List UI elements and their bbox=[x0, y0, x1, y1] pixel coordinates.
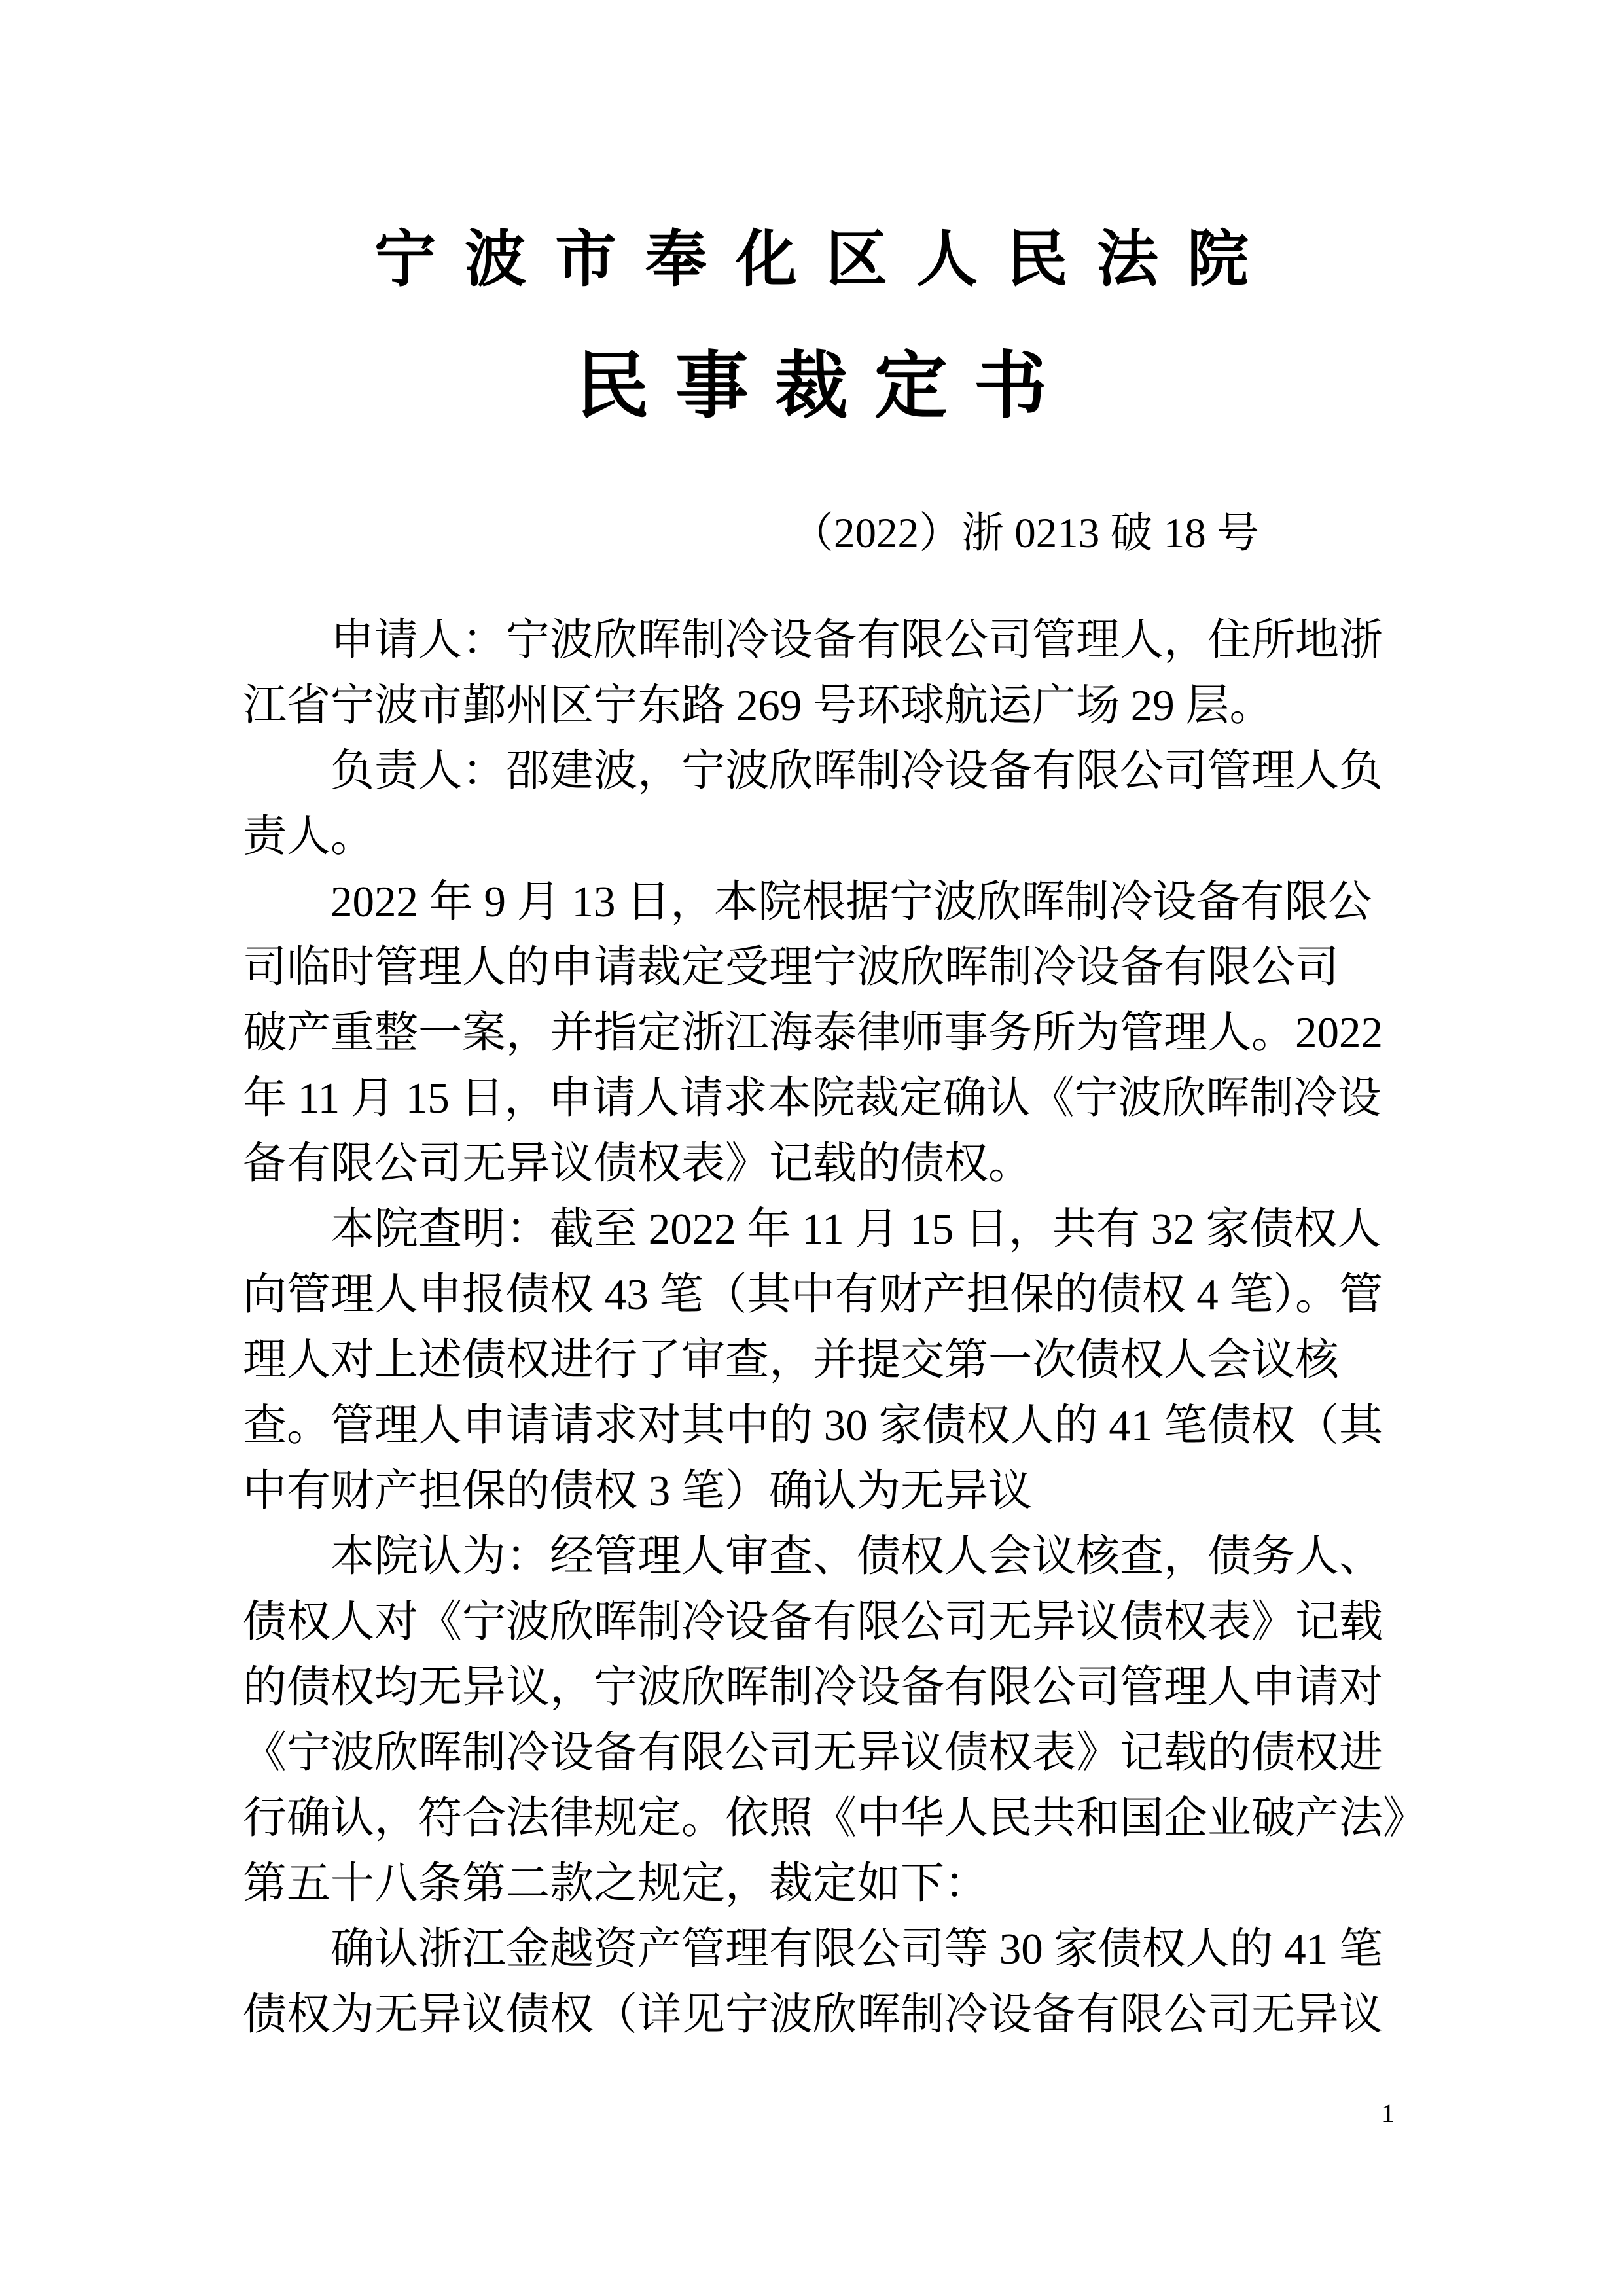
body-line: 理人对上述债权进行了审查，并提交第一次债权人会议核 bbox=[243, 1327, 1395, 1393]
page-number: 1 bbox=[243, 2098, 1395, 2129]
body-line: 行确认，符合法律规定。依照《中华人民共和国企业破产法》 bbox=[243, 1785, 1395, 1851]
court-ruling-page: 宁波市奉化区人民法院 民事裁定书 （2022）浙 0213 破 18 号 申请人… bbox=[0, 0, 1623, 2296]
document-type-text: 民事裁定书 bbox=[576, 346, 1073, 427]
body-line: 本院查明：截至 2022 年 11 月 15 日，共有 32 家债权人 bbox=[243, 1196, 1395, 1262]
body-line: 确认浙江金越资产管理有限公司等 30 家债权人的 41 笔 bbox=[243, 1916, 1395, 1982]
body-line: 债权为无异议债权（详见宁波欣晖制冷设备有限公司无异议 bbox=[243, 1982, 1395, 2047]
body-line: 债权人对《宁波欣晖制冷设备有限公司无异议债权表》记载 bbox=[243, 1589, 1395, 1655]
body-line: 司临时管理人的申请裁定受理宁波欣晖制冷设备有限公司 bbox=[243, 935, 1395, 1000]
body-line: 《宁波欣晖制冷设备有限公司无异议债权表》记载的债权进 bbox=[243, 1720, 1395, 1785]
body-line: 的债权均无异议，宁波欣晖制冷设备有限公司管理人申请对 bbox=[243, 1655, 1395, 1720]
document-body: 申请人：宁波欣晖制冷设备有限公司管理人，住所地浙江省宁波市鄞州区宁东路 269 … bbox=[243, 607, 1395, 2047]
case-number: （2022）浙 0213 破 18 号 bbox=[791, 501, 1259, 566]
body-line: 负责人：邵建波，宁波欣晖制冷设备有限公司管理人负 bbox=[243, 738, 1395, 804]
document-type-title: 民事裁定书 bbox=[0, 350, 1623, 423]
court-name-text: 宁波市奉化区人民法院 bbox=[374, 226, 1277, 294]
body-line: 年 11 月 15 日，申请人请求本院裁定确认《宁波欣晖制冷设 bbox=[243, 1066, 1395, 1131]
body-line: 责人。 bbox=[243, 804, 1395, 869]
body-line: 查。管理人申请请求对其中的 30 家债权人的 41 笔债权（其 bbox=[243, 1393, 1395, 1458]
body-line: 破产重整一案，并指定浙江海泰律师事务所为管理人。2022 bbox=[243, 1000, 1395, 1066]
court-name-title: 宁波市奉化区人民法院 bbox=[0, 229, 1623, 291]
body-line: 2022 年 9 月 13 日，本院根据宁波欣晖制冷设备有限公 bbox=[243, 869, 1395, 935]
body-line: 江省宁波市鄞州区宁东路 269 号环球航运广场 29 层。 bbox=[243, 673, 1395, 738]
body-line: 本院认为：经管理人审查、债权人会议核查，债务人、 bbox=[243, 1524, 1395, 1589]
body-line: 申请人：宁波欣晖制冷设备有限公司管理人，住所地浙 bbox=[243, 607, 1395, 673]
body-line: 备有限公司无异议债权表》记载的债权。 bbox=[243, 1131, 1395, 1196]
body-line: 第五十八条第二款之规定，裁定如下： bbox=[243, 1851, 1395, 1916]
body-line: 向管理人申报债权 43 笔（其中有财产担保的债权 4 笔）。管 bbox=[243, 1262, 1395, 1327]
body-line: 中有财产担保的债权 3 笔）确认为无异议 bbox=[243, 1458, 1395, 1524]
